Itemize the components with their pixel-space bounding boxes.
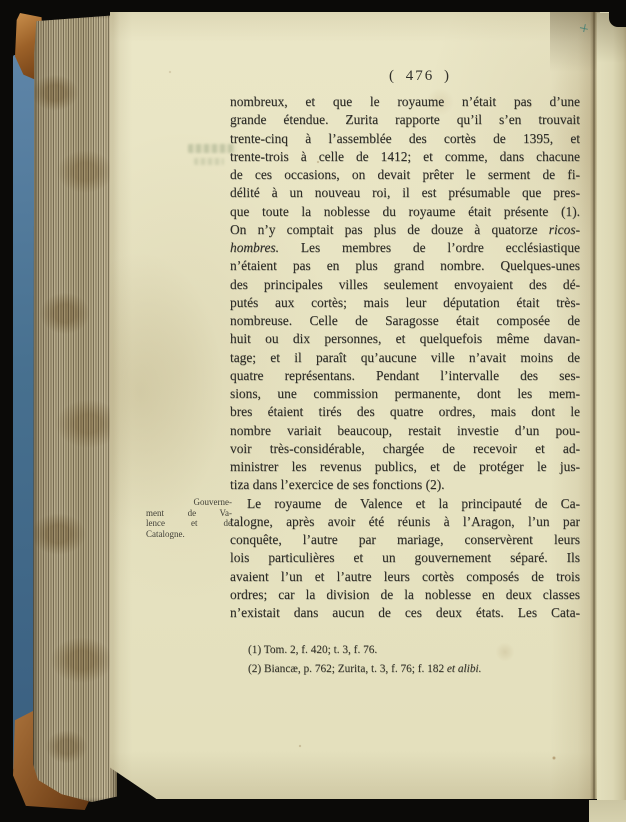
text-line: des principales villes seulement envoyai… xyxy=(230,276,580,294)
text-line: trente-trois à celle de 1412; et comme, … xyxy=(230,148,580,166)
margin-note: Gouverne- ment de Va- lence et de Catalo… xyxy=(146,497,232,539)
text-line: nombreuse. Celle de Saragosse était comp… xyxy=(230,312,580,330)
text-line: conquête, l’autre par mariage, conservèr… xyxy=(230,531,580,549)
text-segment-italic: ricos- xyxy=(549,222,580,237)
text-line: grande étendue. Zurita rapporte qu’il s’… xyxy=(230,111,580,129)
text-line: lois particulières et un gouvernement sé… xyxy=(230,549,580,567)
text-line: huit ou dix personnes, et quelquefois mê… xyxy=(230,330,580,348)
text-line: avaient l’un et l’autre leurs cortès com… xyxy=(230,568,580,586)
text-line: voir très-considérable, chargée de recev… xyxy=(230,440,580,458)
ink-bleed-through xyxy=(188,144,236,153)
text-line: Le royaume de Valence et la principauté … xyxy=(230,495,580,513)
text-segment: (2) Biancæ, p. 762; Zurita, t. 3, f. 76;… xyxy=(248,663,447,675)
marbled-page-edges xyxy=(33,14,117,802)
text-line: n’existait dans aucun de ces deux états.… xyxy=(230,604,580,622)
margin-note-line: ment de Va- xyxy=(146,508,232,519)
text-line: putés aux cortès; mais leur députation é… xyxy=(230,294,580,312)
margin-note-line: Catalogne. xyxy=(146,529,232,540)
text-line: hombres. Les membres de l’ordre ecclésia… xyxy=(230,239,580,257)
text-line: tiza dans l’exercice de ses fonctions (2… xyxy=(230,476,580,494)
margin-note-line: lence et de xyxy=(146,518,232,529)
text-line: bres étaient tirés des quatre ordres, ma… xyxy=(230,403,580,421)
text-line: ministrer les revenus publics, et de pro… xyxy=(230,458,580,476)
text-line: talogne, après avoir été réunis à l’Arag… xyxy=(230,513,580,531)
text-line: nombreux, et que le royaume n’était pas … xyxy=(230,93,580,111)
page-number: ( 476 ) xyxy=(245,68,595,85)
text-line: de ces occasions, on devait prêter le se… xyxy=(230,166,580,184)
text-line: que toute la noblesse du royaume était p… xyxy=(230,203,580,221)
text-segment: On n’y comptait pas plus de douze à quat… xyxy=(230,222,549,237)
body-text: nombreux, et que le royaume n’était pas … xyxy=(230,93,580,622)
text-segment: Les membres de l’ordre ecclésiastique xyxy=(279,240,580,255)
text-line: délité à un nouveau roi, il est présumab… xyxy=(230,184,580,202)
footnotes: (1) Tom. 2, f. 420; t. 3, f. 76. (2) Bia… xyxy=(248,641,593,678)
footnote-1: (1) Tom. 2, f. 420; t. 3, f. 76. xyxy=(248,641,593,660)
text-line: n’étaient pas en plus grand nombre. Quel… xyxy=(230,257,580,275)
ink-bleed-through xyxy=(194,158,224,165)
text-line: ordres; car la division de la noblesse e… xyxy=(230,586,580,604)
text-line: sions, une commission permanente, dont l… xyxy=(230,385,580,403)
facing-page-sliver xyxy=(597,13,626,802)
corner-shadow xyxy=(609,0,626,27)
text-line: On n’y comptait pas plus de douze à quat… xyxy=(230,221,580,239)
facing-page-corner xyxy=(589,800,626,822)
scanned-book-photo: ( 476 ) nombreux, et que le royaume n’ét… xyxy=(0,0,626,822)
text-line: quatre représentans. Pendant l’intervall… xyxy=(230,367,580,385)
text-line: tage; et il paraît qu’aucune ville n’ava… xyxy=(230,349,580,367)
book-page: ( 476 ) nombreux, et que le royaume n’ét… xyxy=(110,12,626,799)
text-line: trente-cinq à l’assemblée des cortès de … xyxy=(230,130,580,148)
text-segment-italic: et alibi. xyxy=(447,663,482,675)
footnote-2: (2) Biancæ, p. 762; Zurita, t. 3, f. 76;… xyxy=(248,660,593,679)
margin-note-line: Gouverne- xyxy=(146,497,232,508)
text-segment-italic: hombres. xyxy=(230,240,279,255)
text-line: nombre variait beaucoup, restait investi… xyxy=(230,422,580,440)
pen-mark xyxy=(579,23,588,32)
